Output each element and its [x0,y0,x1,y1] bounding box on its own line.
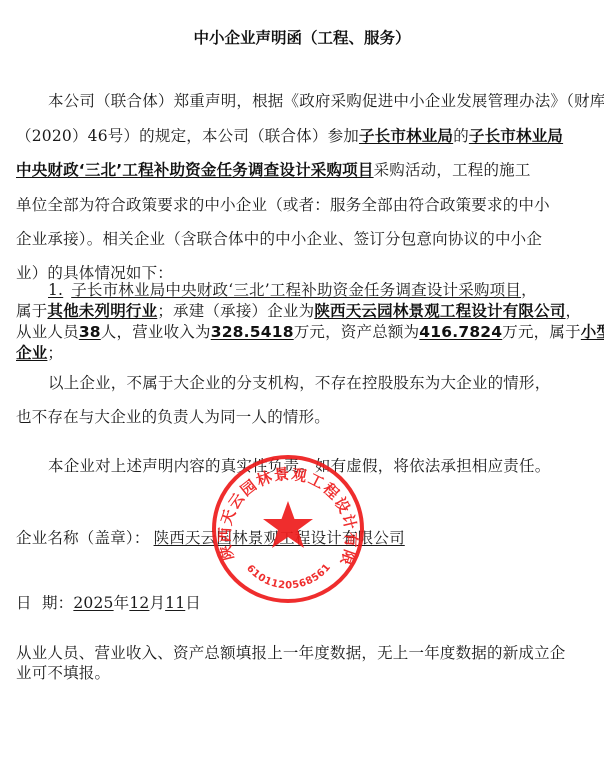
item-1-comma: ， [521,281,537,299]
staff-prefix: 从业人员 [16,323,79,341]
contractor-prefix: ；承建（承接）企业为 [157,302,314,320]
purchaser-name: 子长市林业局 [359,127,453,145]
item-1-line-1: 1.子长市林业局中央财政‘三北’工程补助资金任务调查设计采购项目， [48,280,537,300]
enterprise-size-part-2: 企业 [16,344,47,362]
item-1-number: 1. [48,281,63,299]
belongs-prefix: 属于 [16,302,47,320]
date-line: 日 期：2025年12月11日 [16,593,201,613]
item-1-project: 子长市林业局中央财政‘三北’工程补助资金任务调查设计采购项目 [71,281,521,299]
declaration-line-3: 本企业对上述声明内容的真实性负责。如有虚假，将依法承担相应责任。 [48,456,550,476]
company-signature-line: 企业名称（盖章）：陕西天云园林景观工程设计有限公司 [16,528,405,548]
intro-line-1: 本公司（联合体）郑重声明，根据《政府采购促进中小企业发展管理办法》（财库 [48,91,604,111]
staff-count: 38 [79,323,101,341]
item-1-line-4: 企业； [16,343,63,363]
enterprise-size-part-1: 小型 [581,323,604,341]
contractor-company: 陕西天云园林景观工程设计有限公司 [314,302,565,320]
industry: 其他未列明行业 [47,302,157,320]
intro-line-3: 中央财政‘三北’工程补助资金任务调查设计采购项目采购活动，工程的施工 [16,160,531,180]
declaration-line-1: 以上企业，不属于大企业的分支机构，不存在控股股东为大企业的情形， [48,373,550,393]
intro-line-4: 单位全部为符合政策要求的中小企业（或者：服务全部由符合政策要求的中小 [16,195,550,215]
intro-line-2-prefix: （2020）46号）的规定，本公司（联合体）参加 [16,127,359,145]
item-1-line-2: 属于其他未列明行业；承建（承接）企业为陕西天云园林景观工程设计有限公司， [16,301,581,321]
assets-suffix: 万元，属于 [502,323,581,341]
intro-line-2-mid: 的 [453,127,469,145]
item-1-line-3: 从业人员38人，营业收入为328.5418万元，资产总额为416.7824万元，… [16,322,604,342]
date-label: 日 期： [16,594,73,612]
note-line-1: 从业人员、营业收入、资产总额填报上一年度数据，无上一年度数据的新成立企 [16,643,566,663]
project-name-part-2: 中央财政‘三北’工程补助资金任务调查设计采购项目 [16,161,374,179]
date-month: 12 [129,594,149,612]
seal-code: 6101120568561 [244,562,333,592]
project-name-part-1: 子长市林业局 [469,127,563,145]
declaration-line-2: 也不存在与大企业的负责人为同一人的情形。 [16,407,330,427]
item-1-comma-2: ， [566,302,582,320]
document-title: 中小企业声明函（工程、服务） [0,26,604,48]
date-day: 11 [165,594,185,612]
revenue-suffix: 万元，资产总额为 [294,323,420,341]
item-1-end: ； [47,344,63,362]
document-page: 中小企业声明函（工程、服务） 本公司（联合体）郑重声明，根据《政府采购促进中小企… [0,0,604,763]
intro-line-2: （2020）46号）的规定，本公司（联合体）参加子长市林业局的子长市林业局 [16,126,563,146]
signature-company-name: 陕西天云园林景观工程设计有限公司 [154,529,405,547]
day-unit: 日 [185,594,201,612]
year-unit: 年 [114,594,130,612]
month-unit: 月 [149,594,165,612]
date-year: 2025 [73,594,113,612]
note-line-2: 业可不填报。 [16,663,110,683]
revenue-value: 328.5418 [211,323,294,341]
assets-value: 416.7824 [419,323,502,341]
intro-line-5: 企业承接）。相关企业（含联合体中的中小企业、签订分包意向协议的中小企 [16,229,542,249]
staff-suffix: 人，营业收入为 [101,323,211,341]
company-label: 企业名称（盖章）： [16,529,150,547]
intro-line-3-suffix: 采购活动，工程的施工 [374,161,531,179]
